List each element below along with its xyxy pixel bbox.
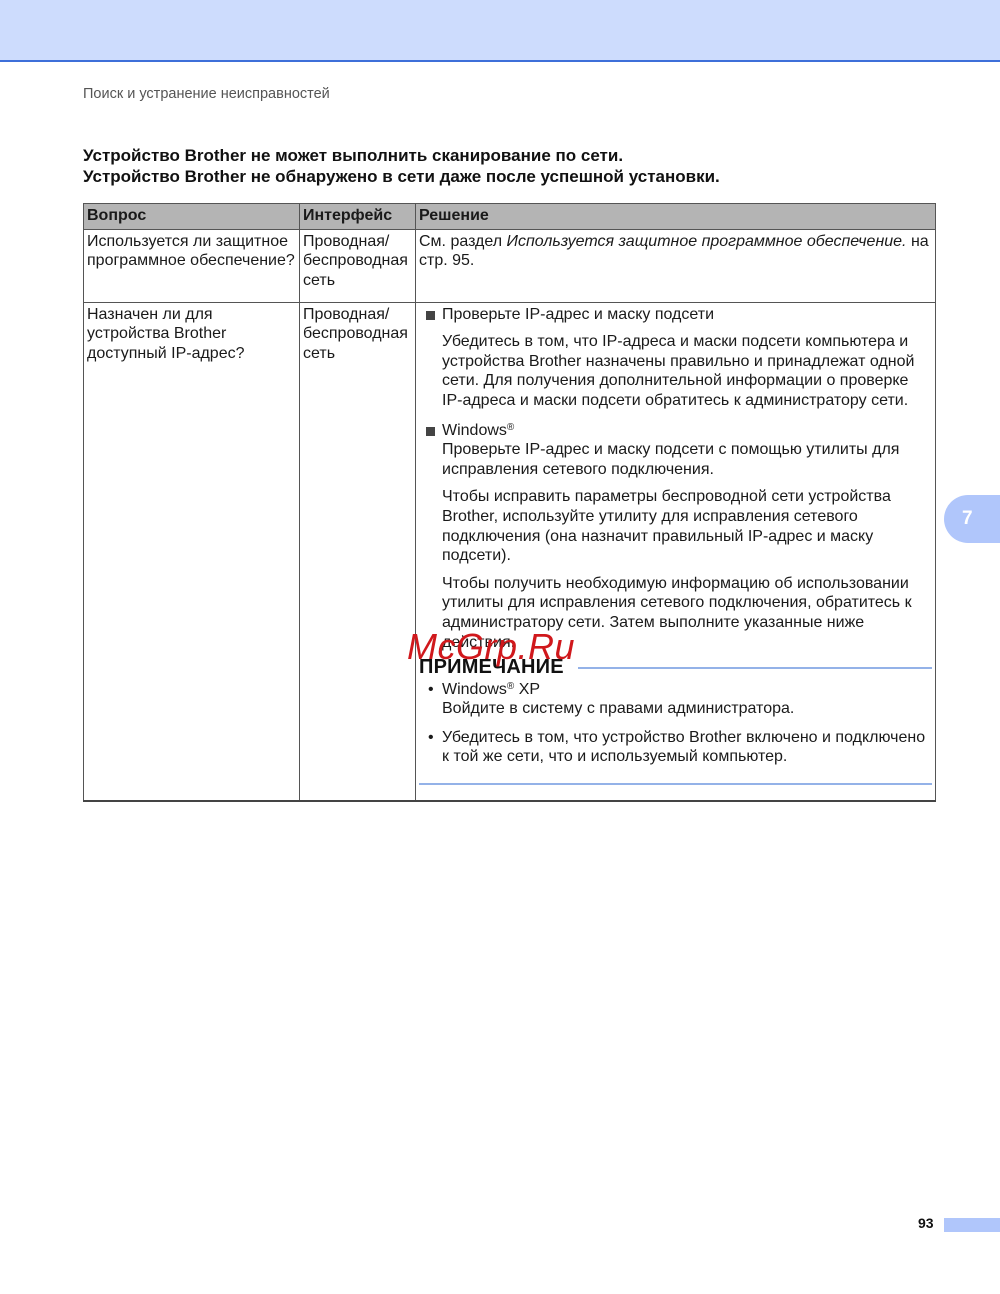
bullet-icon: • <box>428 680 434 700</box>
note-item-title-suffix: XP <box>514 681 540 698</box>
heading-line-1: Устройство Brother не может выполнить ск… <box>83 145 720 166</box>
column-header-interface: Интерфейс <box>300 204 416 230</box>
header-band <box>0 0 1000 62</box>
bullet-icon: • <box>428 728 434 748</box>
table-row: Назначен ли для устройства Brother досту… <box>84 302 936 801</box>
column-header-question: Вопрос <box>84 204 300 230</box>
item-paragraph: Проверьте IP-адрес и маску подсети с пом… <box>442 440 932 479</box>
registered-mark: ® <box>507 422 514 433</box>
item-paragraph: Чтобы исправить параметры беспроводной с… <box>419 487 932 565</box>
note-divider <box>578 667 932 669</box>
interface-cell: Проводная/ беспроводная сеть <box>300 302 416 801</box>
item-title: Windows <box>442 422 507 439</box>
heading-line-2: Устройство Brother не обнаружено в сети … <box>83 166 720 187</box>
column-header-solution: Решение <box>416 204 936 230</box>
note-item-title: Windows <box>442 681 507 698</box>
square-bullet-icon <box>426 311 435 320</box>
solution-item-ip-check: Проверьте IP-адрес и маску подсети <box>419 305 932 325</box>
question-cell: Используется ли защитное программное обе… <box>84 229 300 302</box>
breadcrumb: Поиск и устранение неисправностей <box>83 86 330 102</box>
watermark: McGrp.Ru <box>407 626 575 668</box>
square-bullet-icon <box>426 427 435 436</box>
page-number-bar <box>944 1218 1000 1232</box>
note-item-text: Войдите в систему с правами администрато… <box>442 699 932 719</box>
item-paragraph: Убедитесь в том, что IP-адреса и маски п… <box>419 332 932 410</box>
cross-reference-link[interactable]: Используется защитное программное обеспе… <box>507 233 907 250</box>
note-bottom-divider <box>419 783 932 785</box>
section-heading: Устройство Brother не может выполнить ск… <box>83 145 720 187</box>
note-item: • Windows® XP Войдите в систему с правам… <box>419 680 932 719</box>
solution-cell: См. раздел Используется защитное програм… <box>416 229 936 302</box>
note-box: ПРИМЕЧАНИЕ • Windows® XP Войдите в систе… <box>419 658 932 785</box>
question-cell: Назначен ли для устройства Brother досту… <box>84 302 300 801</box>
note-item-text: Убедитесь в том, что устройство Brother … <box>442 729 925 766</box>
table-header-row: Вопрос Интерфейс Решение <box>84 204 936 230</box>
page-number: 93 <box>918 1215 934 1231</box>
chapter-tab[interactable]: 7 <box>944 495 1000 543</box>
table-row: Используется ли защитное программное обе… <box>84 229 936 302</box>
interface-cell: Проводная/ беспроводная сеть <box>300 229 416 302</box>
registered-mark: ® <box>507 681 514 692</box>
solution-prefix: См. раздел <box>419 233 507 250</box>
troubleshooting-table: Вопрос Интерфейс Решение Используется ли… <box>83 203 936 802</box>
solution-item-windows: Windows® Проверьте IP-адрес и маску подс… <box>419 421 932 480</box>
note-item: • Убедитесь в том, что устройство Brothe… <box>419 728 932 767</box>
solution-cell: Проверьте IP-адрес и маску подсети Убеди… <box>416 302 936 801</box>
item-title: Проверьте IP-адрес и маску подсети <box>442 306 714 323</box>
